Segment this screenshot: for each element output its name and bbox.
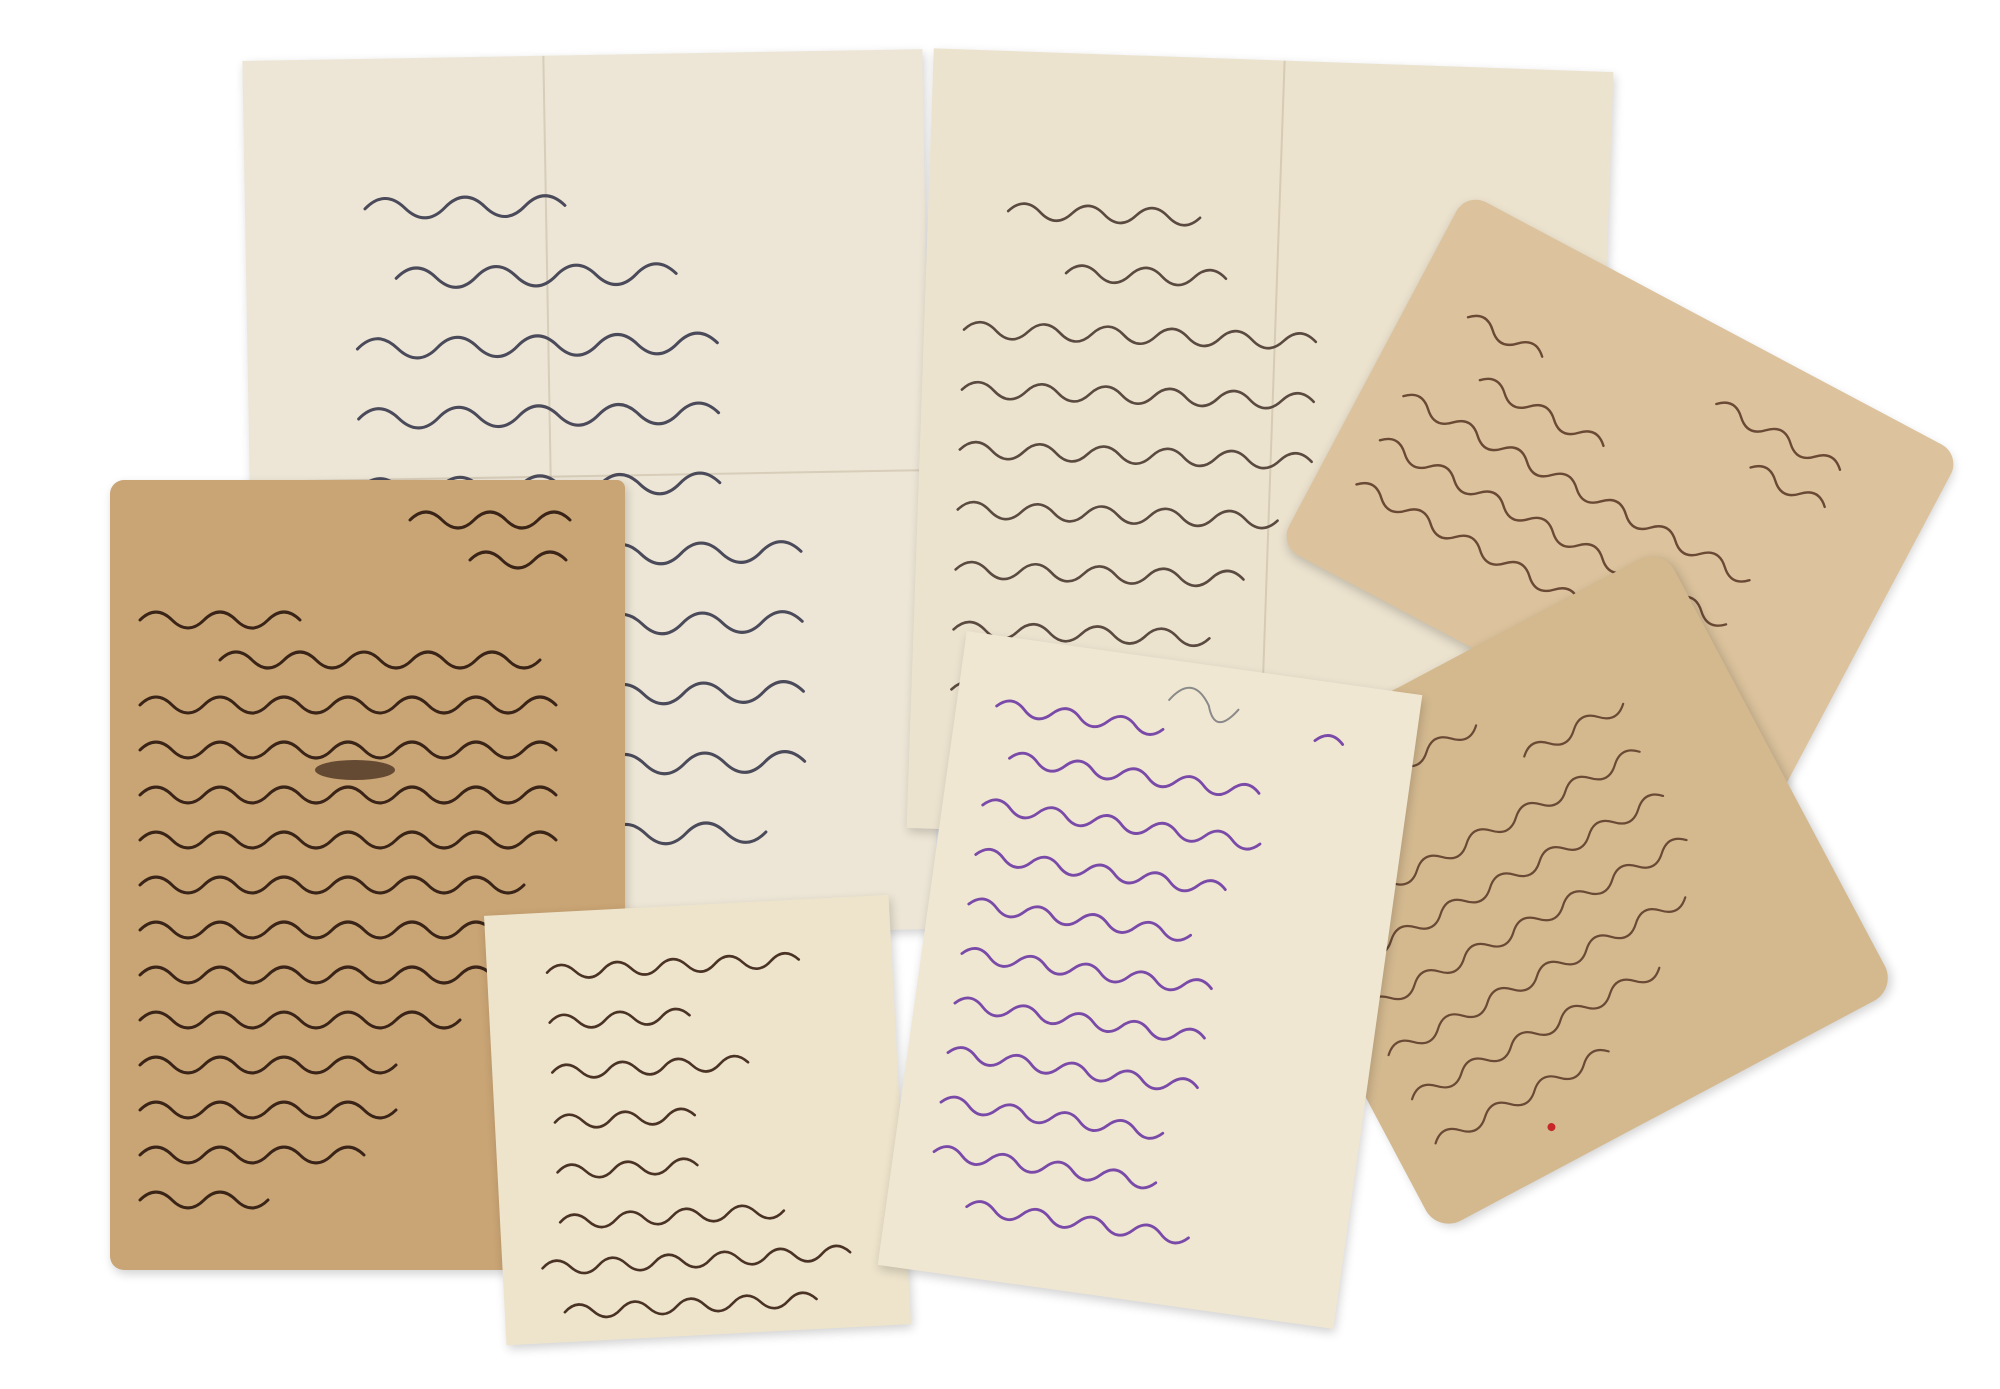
note-purple-ink — [878, 631, 1423, 1329]
handwriting-lines — [484, 895, 911, 1346]
note-small-bottom — [484, 895, 911, 1346]
handwriting-lines — [878, 631, 1423, 1329]
